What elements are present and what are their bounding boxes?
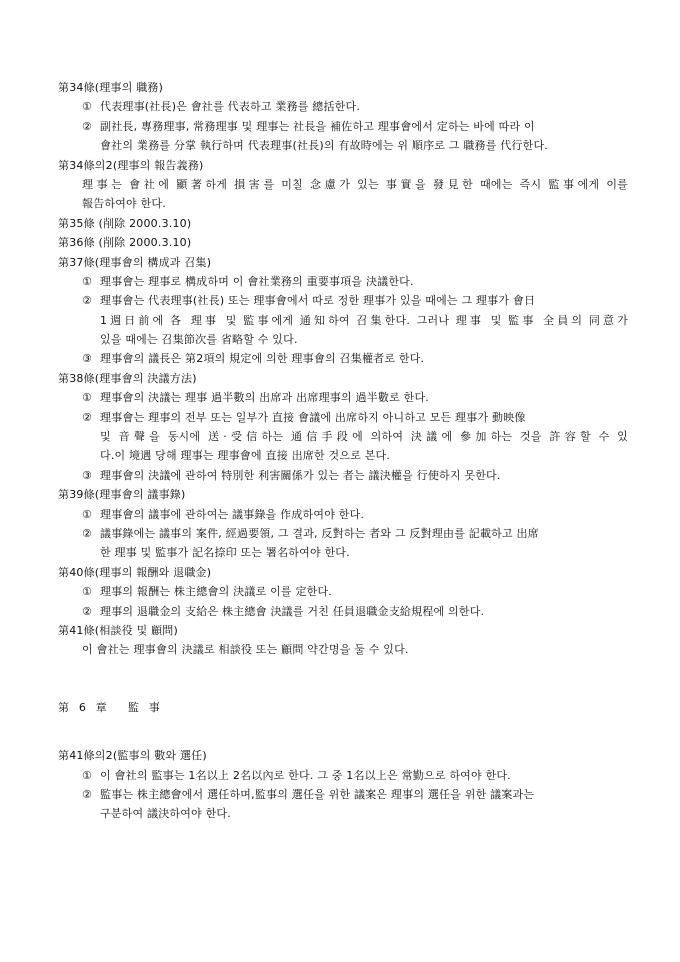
article-title: 第34條(理事의 職務) <box>58 78 628 97</box>
clause-number: ③ <box>82 349 100 368</box>
clause-number: ② <box>82 117 100 136</box>
clause-text: 理事會의 議事에 관하여는 議事錄을 作成하여야 한다. <box>100 505 628 524</box>
clause-text-continued: 한 理事 및 監事가 記名捺印 또는 署名하여야 한다. <box>58 543 628 562</box>
paragraph-text: 이 會社는 理事會의 決議로 相談役 또는 顧問 약간명을 둘 수 있다. <box>58 640 628 659</box>
clause-text: 이 會社의 監事는 1名以上 2名以內로 한다. 그 중 1名以上은 常勤으로 … <box>100 766 628 785</box>
clause-number: ① <box>82 272 100 291</box>
article-title: 第38條(理事會의 決議方法) <box>58 369 628 388</box>
clause-1: ① 理事會의 議事에 관하여는 議事錄을 作成하여야 한다. <box>58 505 628 524</box>
clause-text: 理事의 報酬는 株主總會의 決議로 이를 定한다. <box>100 582 628 601</box>
clause-text: 理事會의 決議는 理事 過半數의 出席과 出席理事의 過半數로 한다. <box>100 388 628 407</box>
clause-text-continued: 會社의 業務를 分掌 執行하며 代表理事(社長)의 有故時에는 위 順序로 그 … <box>58 136 628 155</box>
article-41: 第41條(相談役 및 顧問) 이 會社는 理事會의 決議로 相談役 또는 顧問 … <box>58 621 628 660</box>
clause-text: 理事會는 代表理事(社長) 또는 理事會에서 따로 정한 理事가 있을 때에는 … <box>100 291 628 310</box>
clause-number: ① <box>82 388 100 407</box>
clause-number: ② <box>82 408 100 427</box>
article-34-2: 第34條의2(理事의 報告義務) 理事는 會社에 顯著하게 損害를 미칠 念慮가… <box>58 156 628 214</box>
clause-3: ③ 理事會의 決議에 관하여 特別한 利害關係가 있는 者는 議決權을 行使하지… <box>58 466 628 485</box>
clause-text-continued: 1週日前에 各 理事 및 監事에게 通知하여 召集한다. 그러나 理事 및 監事… <box>58 311 628 330</box>
clause-number: ② <box>82 524 100 543</box>
clause-number: ① <box>82 766 100 785</box>
clause-number: ③ <box>82 466 100 485</box>
article-35: 第35條 (削除 2000.3.10) <box>58 214 628 233</box>
article-title: 第34條의2(理事의 報告義務) <box>58 156 628 175</box>
article-41-2: 第41條의2(監事의 數와 選任) ① 이 會社의 監事는 1名以上 2名以內로… <box>58 746 628 824</box>
clause-text: 監事는 株主總會에서 選任하며,監事의 選任을 위한 議案은 理事의 選任을 위… <box>100 785 628 804</box>
clause-1: ① 理事의 報酬는 株主總會의 決議로 이를 定한다. <box>58 582 628 601</box>
clause-text: 理事會의 決議에 관하여 特別한 利害關係가 있는 者는 議決權을 行使하지 못… <box>100 466 628 485</box>
clause-2: ② 理事의 退職金의 支給은 株主總會 決議를 거친 任員退職金支給規程에 의한… <box>58 602 628 621</box>
paragraph-text: 理事는 會社에 顯著하게 損害를 미칠 念慮가 있는 事實을 發見한 때에는 즉… <box>58 175 628 194</box>
clause-2: ② 理事會는 代表理事(社長) 또는 理事會에서 따로 정한 理事가 있을 때에… <box>58 291 628 310</box>
clause-number: ② <box>82 602 100 621</box>
clause-text-continued: 및 音聲을 동시에 送·受信하는 通信手段에 의하여 決議에 參加하는 것을 許… <box>58 427 628 446</box>
clause-number: ① <box>82 505 100 524</box>
clause-text: 議事錄에는 議事의 案件, 經過要領, 그 결과, 反對하는 者와 그 反對理由… <box>100 524 628 543</box>
article-39: 第39條(理事會의 議事錄) ① 理事會의 議事에 관하여는 議事錄을 作成하여… <box>58 485 628 563</box>
clause-2: ② 監事는 株主總會에서 選任하며,監事의 選任을 위한 議案은 理事의 選任을… <box>58 785 628 804</box>
clause-text: 理事會는 理事로 構成하며 이 會社業務의 重要事項을 決議한다. <box>100 272 628 291</box>
article-34: 第34條(理事의 職務) ① 代表理事(社長)은 會社를 代表하고 業務를 總括… <box>58 78 628 156</box>
clause-line: 및 音聲을 동시에 送·受信하는 通信手段에 의하여 決議에 參加하는 것을 許… <box>100 427 628 446</box>
article-title: 第37條(理事會의 構成과 召集) <box>58 253 628 272</box>
clause-1: ① 代表理事(社長)은 會社를 代表하고 業務를 總括한다. <box>58 97 628 116</box>
clause-text-continued: 있을 때에는 召集節次를 省略할 수 있다. <box>58 330 628 349</box>
clause-2: ② 議事錄에는 議事의 案件, 經過要領, 그 결과, 反對하는 者와 그 反對… <box>58 524 628 543</box>
clause-text: 理事의 退職金의 支給은 株主總會 決議를 거친 任員退職金支給規程에 의한다. <box>100 602 628 621</box>
article-37: 第37條(理事會의 構成과 召集) ① 理事會는 理事로 構成하며 이 會社業務… <box>58 253 628 369</box>
clause-2: ② 副社長, 專務理事, 常務理事 및 理事는 社長을 補佐하고 理事會에서 定… <box>58 117 628 136</box>
article-title: 第41條(相談役 및 顧問) <box>58 621 628 640</box>
clause-text: 代表理事(社長)은 會社를 代表하고 業務를 總括한다. <box>100 97 628 116</box>
paragraph-text-continued: 報告하여야 한다. <box>58 194 628 213</box>
clause-number: ① <box>82 97 100 116</box>
clause-1: ① 理事會는 理事로 構成하며 이 會社業務의 重要事項을 決議한다. <box>58 272 628 291</box>
clause-number: ① <box>82 582 100 601</box>
clause-1: ① 理事會의 決議는 理事 過半數의 出席과 出席理事의 過半數로 한다. <box>58 388 628 407</box>
clause-text: 理事會는 理事의 전부 또는 일부가 直接 會議에 出席하지 아니하고 모든 理… <box>100 408 628 427</box>
clause-text: 副社長, 專務理事, 常務理事 및 理事는 社長을 補佐하고 理事會에서 定하는… <box>100 117 628 136</box>
paragraph-line: 理事는 會社에 顯著하게 損害를 미칠 念慮가 있는 事實을 發見한 때에는 즉… <box>82 175 628 194</box>
clause-text-continued: 다.이 境遇 당해 理事는 理事會에 直接 出席한 것으로 본다. <box>58 446 628 465</box>
chapter-heading: 第 6 章 監 事 <box>58 698 628 717</box>
article-40: 第40條(理事의 報酬와 退職金) ① 理事의 報酬는 株主總會의 決議로 이를… <box>58 563 628 621</box>
clause-3: ③ 理事會의 議長은 第2項의 規定에 의한 理事會의 召集權者로 한다. <box>58 349 628 368</box>
spacer <box>58 717 628 746</box>
clause-text: 理事會의 議長은 第2項의 規定에 의한 理事會의 召集權者로 한다. <box>100 349 628 368</box>
document-page: 第34條(理事의 職務) ① 代表理事(社長)은 會社를 代表하고 業務를 總括… <box>58 78 628 824</box>
clause-2: ② 理事會는 理事의 전부 또는 일부가 直接 會議에 出席하지 아니하고 모든… <box>58 408 628 427</box>
article-title: 第39條(理事會의 議事錄) <box>58 485 628 504</box>
clause-number: ② <box>82 291 100 310</box>
clause-1: ① 이 會社의 監事는 1名以上 2名以內로 한다. 그 중 1名以上은 常勤으… <box>58 766 628 785</box>
clause-number: ② <box>82 785 100 804</box>
article-36: 第36條 (削除 2000.3.10) <box>58 233 628 252</box>
article-38: 第38條(理事會의 決議方法) ① 理事會의 決議는 理事 過半數의 出席과 出… <box>58 369 628 485</box>
clause-text-continued: 구분하여 議決하여야 한다. <box>58 804 628 823</box>
clause-line: 1週日前에 各 理事 및 監事에게 通知하여 召集한다. 그러나 理事 및 監事… <box>100 311 628 330</box>
article-title: 第40條(理事의 報酬와 退職金) <box>58 563 628 582</box>
article-title: 第41條의2(監事의 數와 選任) <box>58 746 628 765</box>
spacer <box>58 660 628 698</box>
